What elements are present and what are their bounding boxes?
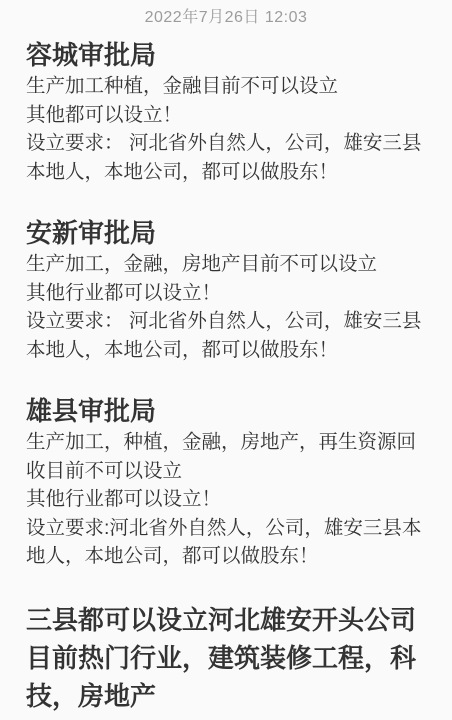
summary-highlight-text: 三县都可以设立河北雄安开头公司 目前热门行业，建筑装修工程，科技，房地产 bbox=[26, 601, 426, 715]
section-title: 容城审批局 bbox=[26, 38, 426, 72]
section-line: 生产加工，种植，金融，房地产，再生资源回收目前不可以设立 bbox=[26, 428, 426, 485]
section-anxin-bureau: 安新审批局 生产加工，金融，房地产目前不可以设立 其他行业都可以设立！ 设立要求… bbox=[26, 216, 426, 364]
section-line: 其他都可以设立！ bbox=[26, 101, 426, 130]
section-line: 其他行业都可以设立！ bbox=[26, 485, 426, 514]
section-title: 安新审批局 bbox=[26, 216, 426, 250]
section-line: 生产加工，金融，房地产目前不可以设立 bbox=[26, 250, 426, 279]
summary-line: 目前热门行业，建筑装修工程，科技，房地产 bbox=[26, 639, 426, 715]
section-line: 设立要求： 河北省外自然人，公司，雄安三县本地人，本地公司，都可以做股东！ bbox=[26, 307, 426, 364]
section-line: 生产加工种植，金融目前不可以设立 bbox=[26, 72, 426, 101]
section-line: 其他行业都可以设立！ bbox=[26, 279, 426, 308]
section-xiongxian-bureau: 雄县审批局 生产加工，种植，金融，房地产，再生资源回收目前不可以设立 其他行业都… bbox=[26, 394, 426, 571]
chat-note-page: 2022年7月26日 12:03 容城审批局 生产加工种植，金融目前不可以设立 … bbox=[0, 0, 452, 720]
section-line: 设立要求:河北省外自然人，公司，雄安三县本地人，本地公司，都可以做股东！ bbox=[26, 514, 426, 571]
message-timestamp: 2022年7月26日 12:03 bbox=[26, 8, 426, 28]
section-line: 设立要求： 河北省外自然人，公司，雄安三县本地人，本地公司，都可以做股东！ bbox=[26, 129, 426, 186]
section-title: 雄县审批局 bbox=[26, 394, 426, 428]
summary-line: 三县都可以设立河北雄安开头公司 bbox=[26, 601, 426, 639]
section-rongcheng-bureau: 容城审批局 生产加工种植，金融目前不可以设立 其他都可以设立！ 设立要求： 河北… bbox=[26, 38, 426, 186]
